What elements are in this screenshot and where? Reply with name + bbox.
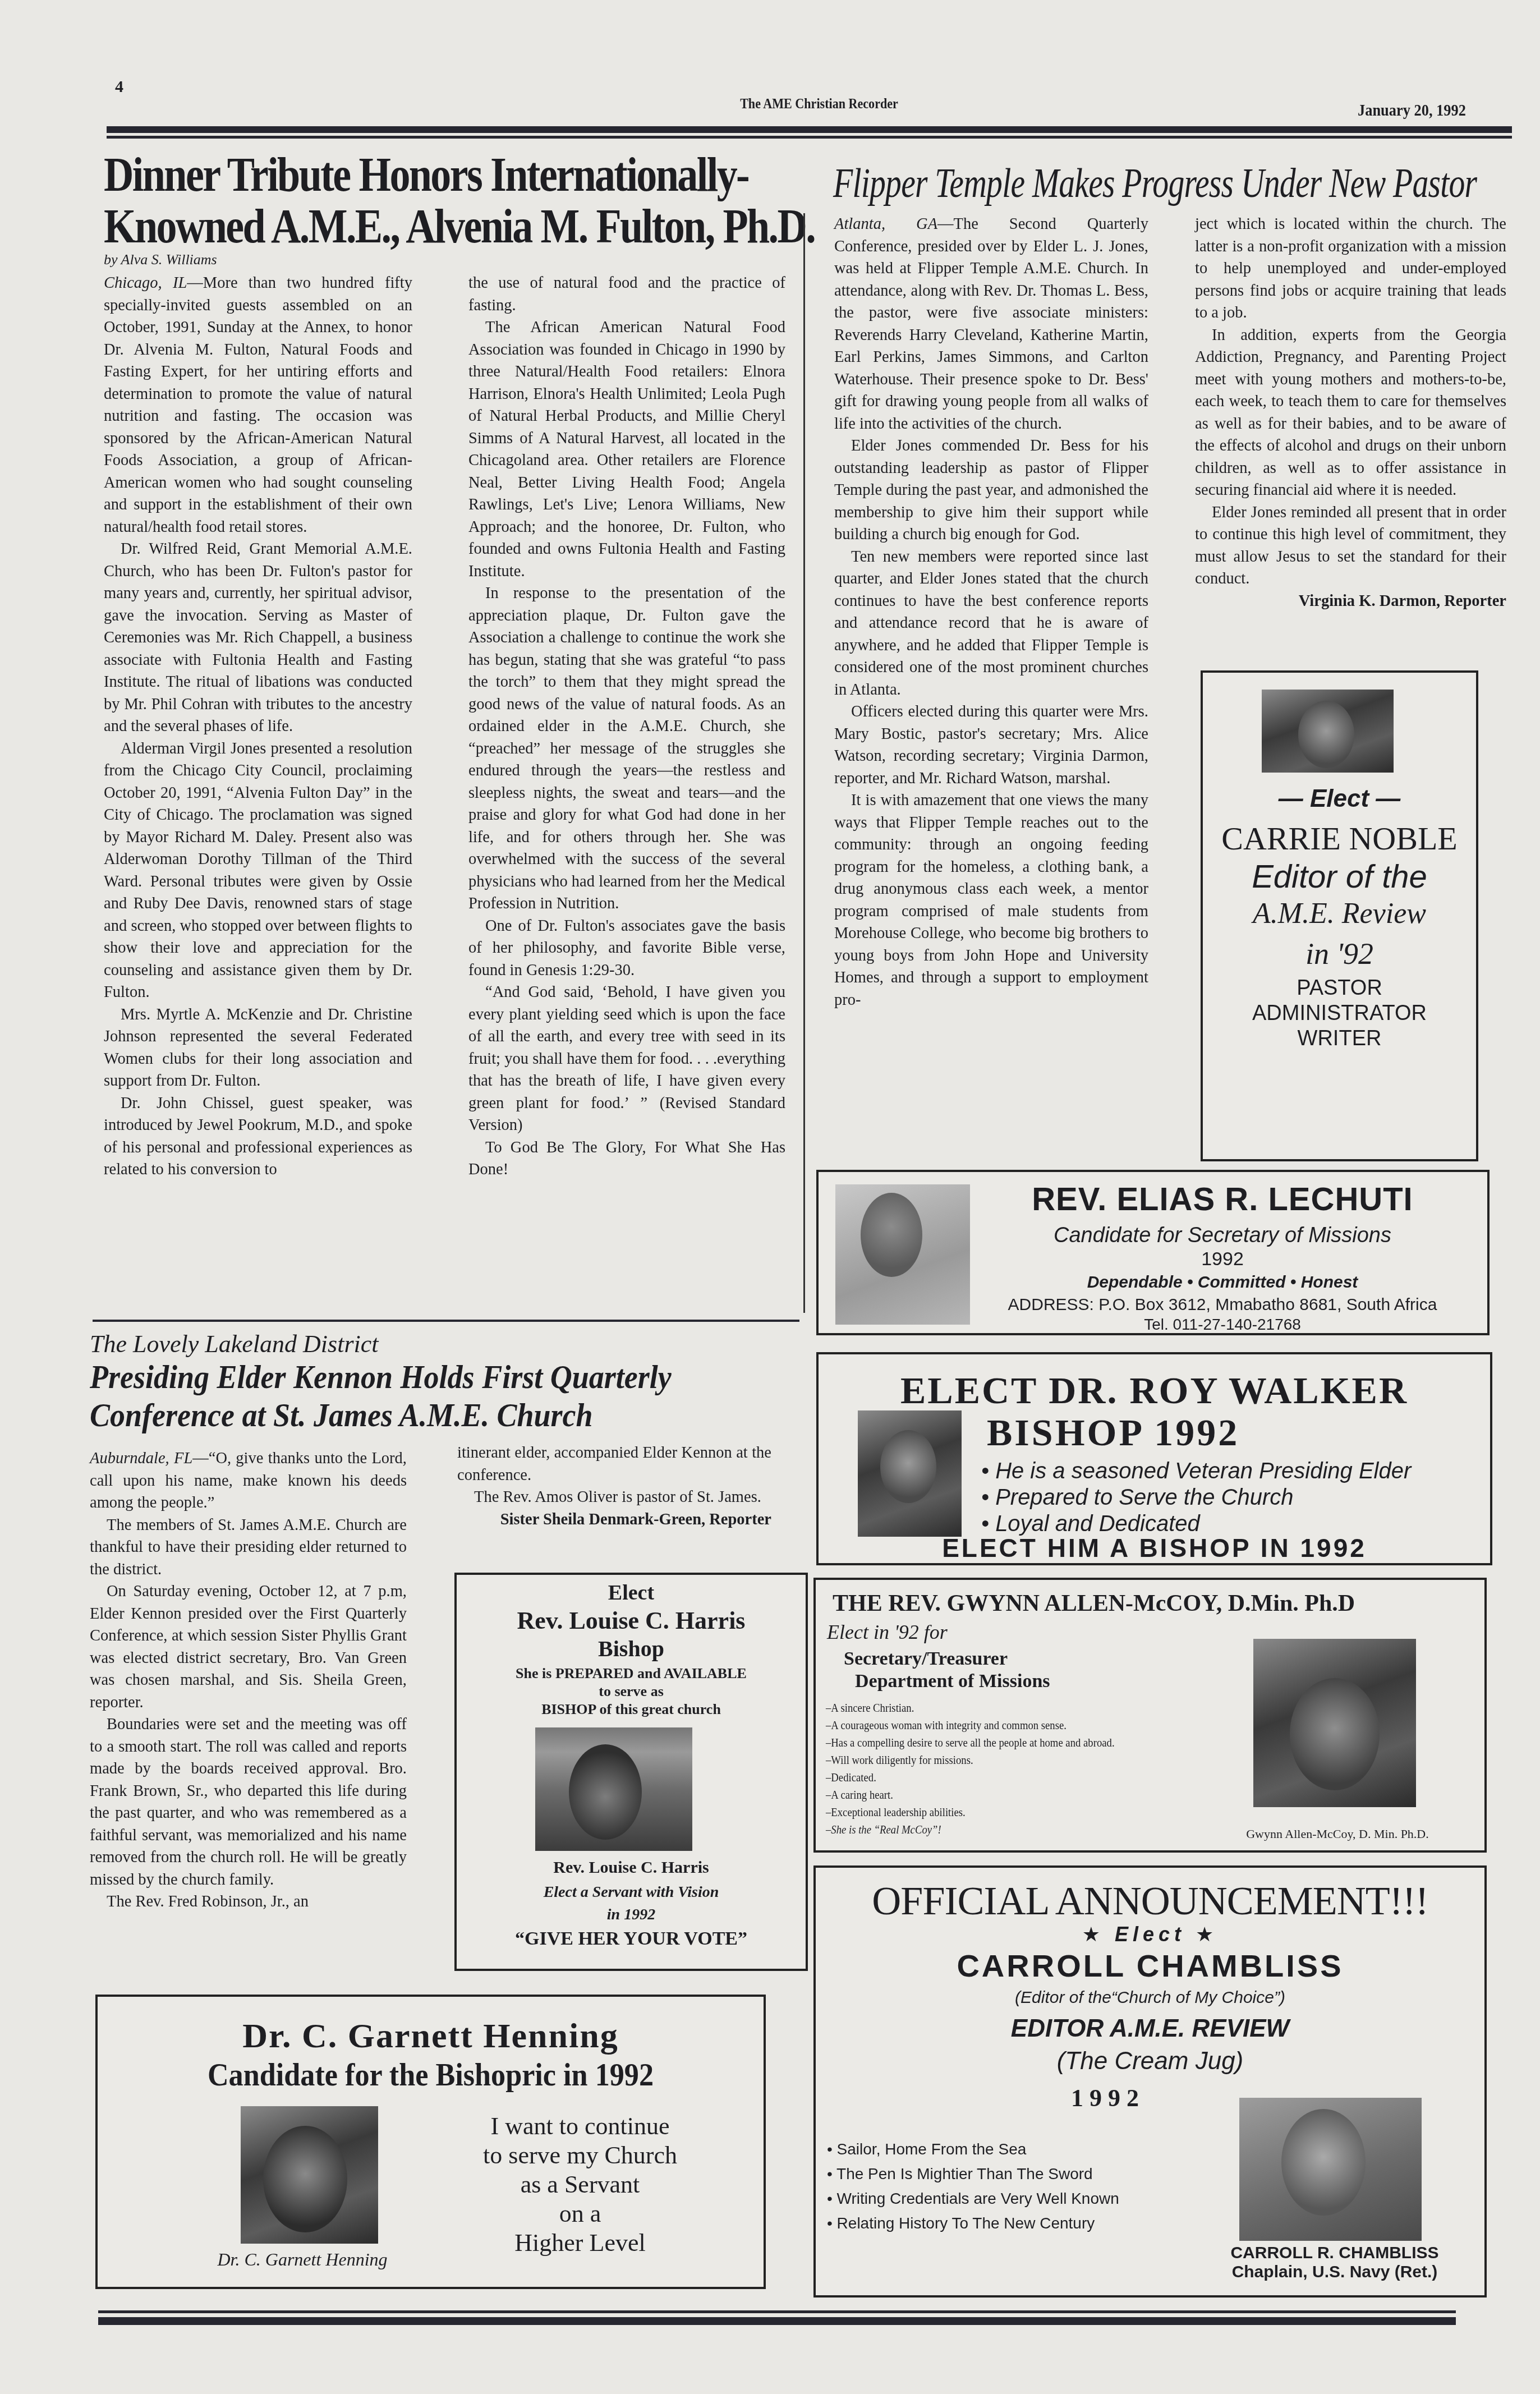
paragraph: Alderman Virgil Jones presented a resolu… <box>104 738 412 1004</box>
office: Bishop <box>457 1635 806 1662</box>
fulton-column-1: Chicago, IL—More than two hundred fifty … <box>104 272 412 1181</box>
flipper-column-1: Atlanta, GA—The Second Quarterly Confere… <box>834 213 1148 1011</box>
ad-carrie-noble: — Elect — CARRIE NOBLE Editor of the A.M… <box>1201 670 1478 1161</box>
slogan: Elect a Servant with Vision <box>457 1883 806 1901</box>
candidate-name: Rev. Louise C. Harris <box>457 1606 806 1635</box>
announcement-heading: OFFICIAL ANNOUNCEMENT!!! <box>816 1878 1484 1924</box>
column-divider <box>803 213 805 1313</box>
nickname: (The Cream Jug) <box>816 2047 1484 2075</box>
qualification: –A courageous woman with integrity and c… <box>826 1716 1115 1734</box>
paragraph-text: —More than two hundred fifty specially-i… <box>104 274 412 536</box>
ad-roy-walker: ELECT DR. ROY WALKER BISHOP 1992 • He is… <box>816 1352 1492 1565</box>
bullet-item: • The Pen Is Mightier Than The Sword <box>827 2162 1119 2186</box>
qualifications-list: • He is a seasoned Veteran Presiding Eld… <box>981 1458 1411 1537</box>
paragraph: The Rev. Amos Oliver is pastor of St. Ja… <box>457 1486 771 1509</box>
portrait-photo <box>1253 1639 1416 1807</box>
face-icon <box>1281 2109 1366 2216</box>
candidacy: Candidate for Secretary of Missions <box>976 1224 1469 1248</box>
portrait-photo <box>858 1410 962 1537</box>
bullet-text: Relating History To The New Century <box>837 2214 1095 2232</box>
statement-line: to serve as <box>457 1683 806 1701</box>
candidate-title: THE REV. GWYNN ALLEN-McCOY, D.Min. Ph.D <box>833 1590 1355 1617</box>
paragraph: The African American Natural Food Associ… <box>468 316 785 582</box>
statement-line: as a Servant <box>462 2170 698 2199</box>
face-icon <box>1298 701 1354 768</box>
paragraph: itinerant elder, accompanied Elder Kenno… <box>457 1442 771 1486</box>
kennon-column-1: Auburndale, FL—“O, give thanks unto the … <box>90 1448 407 1913</box>
paragraph: “And God said, ‘Behold, I have given you… <box>468 981 785 1137</box>
publication-line: A.M.E. Review <box>1203 897 1476 930</box>
bullet-item: • Relating History To The New Century <box>827 2211 1119 2236</box>
face-icon <box>569 1744 642 1840</box>
office-line: Editor of the <box>1203 858 1476 895</box>
qualifications-list: –A sincere Christian. –A courageous woma… <box>826 1699 1115 1838</box>
qualification: –Exceptional leadership abilities. <box>826 1803 1115 1821</box>
paragraph: The members of St. James A.M.E. Church a… <box>90 1514 407 1581</box>
kennon-headline: Presiding Elder Kennon Holds First Quart… <box>90 1358 726 1434</box>
office: EDITOR A.M.E. REVIEW <box>816 2015 1484 2043</box>
elect-label: Elect <box>457 1580 806 1605</box>
face-icon <box>880 1430 936 1503</box>
qualification: –A sincere Christian. <box>826 1699 1115 1716</box>
traits: Dependable • Committed • Honest <box>976 1273 1469 1292</box>
bullet-item: • Writing Credentials are Very Well Know… <box>827 2186 1119 2211</box>
year: 1 9 9 2 <box>1071 2084 1139 2112</box>
statement-line: Higher Level <box>462 2228 698 2258</box>
paragraph: Dr. John Chissel, guest speaker, was int… <box>104 1092 412 1181</box>
dateline: Atlanta, GA <box>834 215 937 233</box>
qualification: –Dedicated. <box>826 1768 1115 1786</box>
bullet-item: • Sailor, Home From the Sea <box>827 2137 1119 2162</box>
ad-louise-harris: Elect Rev. Louise C. Harris Bishop She i… <box>454 1573 808 1971</box>
ad-allen-mccoy: THE REV. GWYNN ALLEN-McCOY, D.Min. Ph.D … <box>813 1578 1487 1853</box>
qualification: –Will work diligently for missions. <box>826 1751 1115 1768</box>
paragraph: the use of natural food and the practice… <box>468 272 785 316</box>
qualifications-list: • Sailor, Home From the Sea • The Pen Is… <box>827 2137 1119 2236</box>
qualification: –A caring heart. <box>826 1786 1115 1803</box>
subheadline: BISHOP 1992 <box>987 1410 1239 1455</box>
candidate-name: REV. ELIAS R. LECHUTI <box>976 1180 1469 1218</box>
paragraph: In addition, experts from the Georgia Ad… <box>1195 324 1506 502</box>
footer-slogan: ELECT HIM A BISHOP IN 1992 <box>819 1533 1490 1563</box>
face-icon <box>263 2126 347 2232</box>
kicker: The Lovely Lakeland District <box>90 1330 379 1358</box>
candidate-name: CARROLL CHAMBLISS <box>816 1947 1484 1984</box>
headline-line: Knowned A.M.E., Alvenia M. Fulton, Ph.D. <box>104 200 688 252</box>
statement-line: She is PREPARED and AVAILABLE <box>457 1665 806 1683</box>
paragraph: One of Dr. Fulton's associates gave the … <box>468 915 785 982</box>
slogan-year: in 1992 <box>457 1906 806 1924</box>
bullet-text: Prepared to Serve the Church <box>995 1485 1293 1510</box>
headline: ELECT DR. ROY WALKER <box>819 1368 1490 1413</box>
statement-line: BISHOP of this great church <box>457 1701 806 1718</box>
paragraph: Atlanta, GA—The Second Quarterly Confere… <box>834 213 1148 435</box>
paragraph: Elder Jones commended Dr. Bess for his o… <box>834 435 1148 546</box>
role: ADMINISTRATOR <box>1203 1001 1476 1026</box>
caption-title: Chaplain, U.S. Navy (Ret.) <box>1203 2263 1467 2282</box>
photo-caption: CARROLL R. CHAMBLISS Chaplain, U.S. Navy… <box>1203 2244 1467 2282</box>
ad-chambliss: OFFICIAL ANNOUNCEMENT!!! ★ Elect ★ CARRO… <box>813 1865 1487 2297</box>
reporter-signature: Virginia K. Darmon, Reporter <box>1195 590 1506 613</box>
footer-rule-thick <box>98 2317 1456 2325</box>
portrait-photo <box>835 1184 970 1325</box>
candidate-name: CARRIE NOBLE <box>1203 820 1476 857</box>
qualification: –She is the “Real McCoy”! <box>826 1821 1115 1838</box>
paragraph: It is with amazement that one views the … <box>834 789 1148 1011</box>
ad-lechuti: REV. ELIAS R. LECHUTI Candidate for Secr… <box>816 1170 1490 1335</box>
face-icon <box>1290 1678 1380 1790</box>
bullet-text: The Pen Is Mightier Than The Sword <box>836 2165 1093 2182</box>
paragraph: In response to the presentation of the a… <box>468 582 785 915</box>
paragraph: Ten new members were reported since last… <box>834 546 1148 701</box>
role: WRITER <box>1203 1026 1476 1051</box>
paragraph-text: —The Second Quarterly Conference, presid… <box>834 215 1148 433</box>
headline-line: Presiding Elder Kennon Holds First Quart… <box>90 1358 726 1396</box>
office-line-2: Department of Missions <box>855 1671 1050 1692</box>
photo-caption: Rev. Louise C. Harris <box>457 1858 806 1877</box>
photo-caption: Dr. C. Garnett Henning <box>176 2249 429 2270</box>
paragraph: Boundaries were set and the meeting was … <box>90 1713 407 1891</box>
bullet-item: • Prepared to Serve the Church <box>981 1485 1411 1511</box>
paragraph: To God Be The Glory, For What She Has Do… <box>468 1137 785 1181</box>
paragraph: ject which is located within the church.… <box>1195 213 1506 324</box>
bullet-item: • He is a seasoned Veteran Presiding Eld… <box>981 1458 1411 1485</box>
paragraph: On Saturday evening, October 12, at 7 p.… <box>90 1580 407 1713</box>
portrait-photo <box>241 2106 378 2244</box>
fulton-column-2: the use of natural food and the practice… <box>468 272 785 1181</box>
paragraph: Auburndale, FL—“O, give thanks unto the … <box>90 1448 407 1514</box>
role: PASTOR <box>1203 976 1476 1001</box>
elect-label: ★ Elect ★ <box>816 1923 1484 1946</box>
header-rule-thick <box>107 126 1512 133</box>
statement-line: I want to continue <box>462 2112 698 2141</box>
bullet-text: He is a seasoned Veteran Presiding Elder <box>995 1459 1411 1483</box>
year: 1992 <box>976 1248 1469 1270</box>
fulton-byline: by Alva S. Williams <box>104 251 217 268</box>
year-line: in '92 <box>1203 936 1476 971</box>
office-line-1: Secretary/Treasurer <box>844 1648 1008 1670</box>
statement: I want to continue to serve my Church as… <box>462 2112 698 2258</box>
vote-appeal: “GIVE HER YOUR VOTE” <box>457 1928 806 1950</box>
footer-rule-thin <box>98 2310 1456 2313</box>
photo-caption: Gwynn Allen-McCoy, D. Min. Ph.D. <box>1220 1827 1455 1841</box>
elect-label: — Elect — <box>1203 785 1476 813</box>
portrait-photo <box>535 1727 692 1851</box>
flipper-column-2: ject which is located within the church.… <box>1195 213 1506 612</box>
roles-list: PASTOR ADMINISTRATOR WRITER <box>1203 976 1476 1051</box>
elect-line: Elect in '92 for <box>827 1620 948 1644</box>
reporter-signature: Sister Sheila Denmark-Green, Reporter <box>457 1509 771 1531</box>
candidacy: Candidate for the Bishopric in 1992 <box>131 2056 730 2093</box>
fulton-headline: Dinner Tribute Honors Internationally- K… <box>104 149 688 252</box>
paragraph: Dr. Wilfred Reid, Grant Memorial A.M.E. … <box>104 538 412 738</box>
caption-name: CARROLL R. CHAMBLISS <box>1203 2244 1467 2263</box>
statement: She is PREPARED and AVAILABLE to serve a… <box>457 1665 806 1718</box>
paragraph: Mrs. Myrtle A. McKenzie and Dr. Christin… <box>104 1004 412 1092</box>
dateline: Auburndale, FL <box>90 1450 192 1467</box>
telephone: Tel. 011-27-140-21768 <box>976 1316 1469 1334</box>
page-number: 4 <box>115 77 123 97</box>
address: ADDRESS: P.O. Box 3612, Mmabatho 8681, S… <box>976 1295 1469 1315</box>
flipper-headline: Flipper Temple Makes Progress Under New … <box>833 160 1477 208</box>
statement-line: on a <box>462 2199 698 2228</box>
paragraph: Officers elected during this quarter wer… <box>834 701 1148 789</box>
portrait-photo <box>1262 690 1394 773</box>
candidate-name: Dr. C. Garnett Henning <box>98 2016 764 2056</box>
bullet-text: Writing Credentials are Very Well Known <box>837 2190 1119 2207</box>
ad-henning: Dr. C. Garnett Henning Candidate for the… <box>95 1995 766 2289</box>
face-icon <box>861 1193 922 1277</box>
header-rule-thin <box>107 136 1512 139</box>
qualification: –Has a compelling desire to serve all th… <box>826 1734 1115 1751</box>
paragraph: Elder Jones reminded all present that in… <box>1195 502 1506 590</box>
bullet-text: Sailor, Home From the Sea <box>837 2140 1027 2158</box>
paragraph: Chicago, IL—More than two hundred fifty … <box>104 272 412 538</box>
headline-line: Conference at St. James A.M.E. Church <box>90 1396 726 1434</box>
statement-line: to serve my Church <box>462 2141 698 2170</box>
paragraph: The Rev. Fred Robinson, Jr., an <box>90 1891 407 1913</box>
publication-name: The AME Christian Recorder <box>686 95 953 112</box>
section-divider <box>93 1320 799 1322</box>
portrait-photo <box>1239 2098 1422 2241</box>
headline-line: Dinner Tribute Honors Internationally- <box>104 149 688 200</box>
dateline: Chicago, IL <box>104 274 187 292</box>
issue-date: January 20, 1992 <box>1358 101 1466 120</box>
subtitle: (Editor of the“Church of My Choice”) <box>816 1988 1484 2007</box>
kennon-column-2: itinerant elder, accompanied Elder Kenno… <box>457 1442 771 1531</box>
